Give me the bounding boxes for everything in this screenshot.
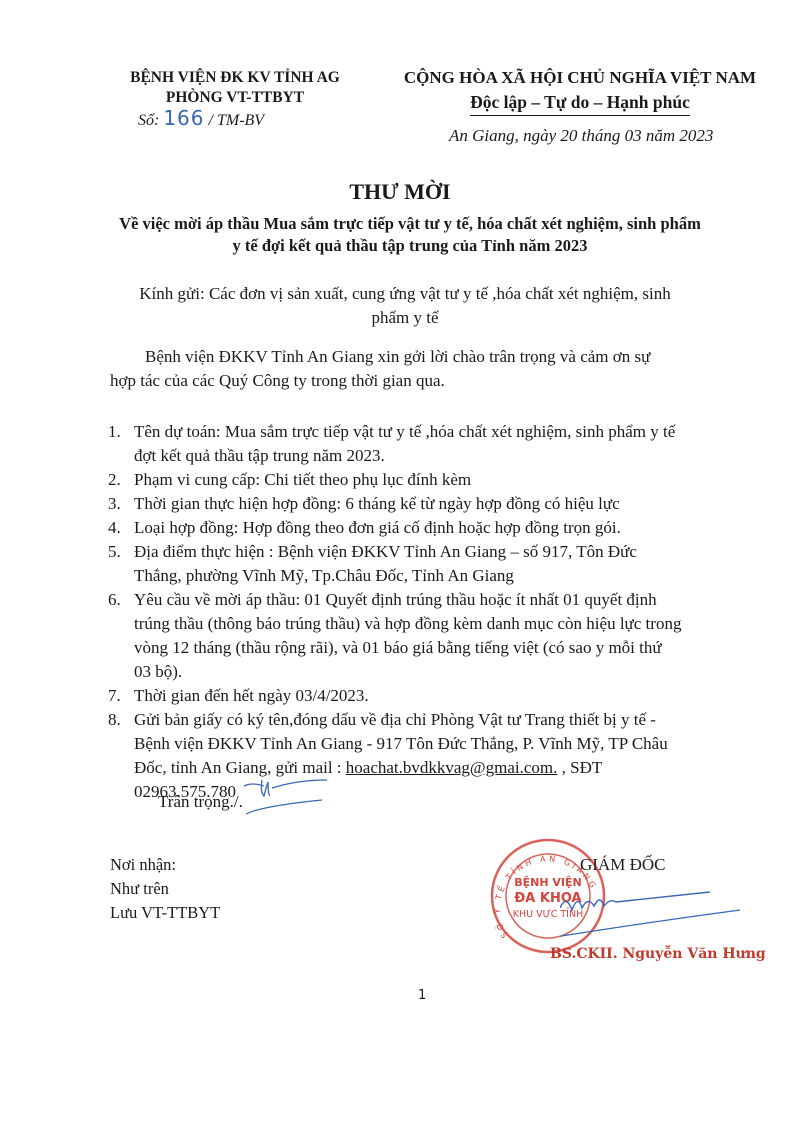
list-item-number: 4. (108, 516, 121, 540)
addressee-line: phẩm y tế (110, 306, 700, 330)
national-header: CỘNG HÒA XÃ HỘI CHỦ NGHĨA VIỆT NAM Độc l… (385, 66, 775, 116)
distribution-list: Nơi nhận: Như trên Lưu VT-TTBYT (110, 853, 220, 925)
nation-name: CỘNG HÒA XÃ HỘI CHỦ NGHĨA VIỆT NAM (385, 66, 775, 90)
list-item-text: Gửi bản giấy có ký tên,đóng dấu về địa c… (134, 708, 748, 732)
list-item-text: Loại hợp đồng: Hợp đồng theo đơn giá cố … (134, 516, 748, 540)
document-title: THƯ MỜI (0, 179, 800, 205)
list-item-number: 6. (108, 588, 121, 612)
list-item: 1.Tên dự toán: Mua sắm trực tiếp vật tư … (108, 420, 748, 468)
document-number-suffix: / TM-BV (209, 112, 265, 129)
initials-signature-icon (242, 778, 332, 818)
org-name: BỆNH VIỆN ĐK KV TỈNH AG (100, 68, 370, 88)
document-subject: Về việc mời áp thầu Mua sắm trực tiếp vậ… (60, 213, 760, 257)
addressee: Kính gửi: Các đơn vị sản xuất, cung ứng … (110, 282, 700, 330)
greeting-line: Bệnh viện ĐKKV Tỉnh An Giang xin gởi lời… (110, 345, 730, 369)
list-item: 4.Loại hợp đồng: Hợp đồng theo đơn giá c… (108, 516, 748, 540)
list-item-text: vòng 12 tháng (thầu rộng rãi), và 01 báo… (134, 636, 748, 660)
list-item-number: 3. (108, 492, 121, 516)
greeting-line: hợp tác của các Quý Công ty trong thời g… (110, 369, 730, 393)
requirements-list: 1.Tên dự toán: Mua sắm trực tiếp vật tư … (108, 420, 748, 804)
issuing-organization: BỆNH VIỆN ĐK KV TỈNH AG PHÒNG VT-TTBYT S… (100, 68, 370, 131)
phone-label: , SĐT (557, 758, 602, 777)
list-item-text: Thời gian thực hiện hợp đồng: 6 tháng kể… (134, 492, 748, 516)
list-item-number: 7. (108, 684, 121, 708)
list-item-text: Địa điểm thực hiện : Bệnh viện ĐKKV Tỉnh… (134, 540, 748, 564)
closing-remark: Trân trọng./. (158, 792, 243, 812)
department-name: PHÒNG VT-TTBYT (100, 88, 370, 108)
list-item-number: 2. (108, 468, 121, 492)
list-item-text: Phạm vi cung cấp: Chi tiết theo phụ lục … (134, 468, 748, 492)
list-item-text: Tên dự toán: Mua sắm trực tiếp vật tư y … (134, 420, 748, 444)
list-item: 8.Gửi bản giấy có ký tên,đóng dấu về địa… (108, 708, 748, 804)
list-item-text: trúng thầu (thông báo trúng thầu) và hợp… (134, 612, 748, 636)
list-item-text: Yêu cầu về mời áp thầu: 01 Quyết định tr… (134, 588, 748, 612)
distribution-label: Nơi nhận: (110, 853, 220, 877)
list-item-text: Bệnh viện ĐKKV Tỉnh An Giang - 917 Tôn Đ… (134, 732, 748, 756)
list-item: 7.Thời gian đến hết ngày 03/4/2023. (108, 684, 748, 708)
distribution-item: Lưu VT-TTBYT (110, 901, 220, 925)
subject-line: y tế đợi kết quả thầu tập trung của Tỉnh… (60, 235, 760, 257)
greeting-paragraph: Bệnh viện ĐKKV Tỉnh An Giang xin gởi lời… (110, 345, 730, 393)
document-number: Số: 166 / TM-BV (100, 108, 370, 131)
subject-line: Về việc mời áp thầu Mua sắm trực tiếp vậ… (60, 213, 760, 235)
page-number: 1 (418, 988, 426, 1003)
list-item: 2.Phạm vi cung cấp: Chi tiết theo phụ lụ… (108, 468, 748, 492)
signatory-title: GIÁM ĐỐC (580, 855, 665, 875)
handwritten-number: 166 (163, 106, 204, 130)
distribution-item: Như trên (110, 877, 220, 901)
list-item: 5.Địa điểm thực hiện : Bệnh viện ĐKKV Tỉ… (108, 540, 748, 588)
addressee-line: Kính gửi: Các đơn vị sản xuất, cung ứng … (110, 282, 700, 306)
list-item-text: đợt kết quả thầu tập trung năm 2023. (134, 444, 748, 468)
list-item-text: Đốc, tỉnh An Giang, gửi mail : hoachat.b… (134, 756, 748, 780)
national-motto: Độc lập – Tự do – Hạnh phúc (470, 90, 690, 116)
document-number-label: Số: (138, 112, 159, 129)
list-item-text: Thắng, phường Vĩnh Mỹ, Tp.Châu Đốc, Tỉnh… (134, 564, 748, 588)
list-item-number: 1. (108, 420, 121, 444)
email-prefix: Đốc, tỉnh An Giang, gửi mail : (134, 758, 346, 777)
list-item-text: 03 bộ). (134, 660, 748, 684)
list-item-text: Thời gian đến hết ngày 03/4/2023. (134, 684, 748, 708)
signatory-name: BS.CKII. Nguyễn Văn Hưng (550, 946, 766, 962)
list-item-number: 8. (108, 708, 121, 732)
email-link[interactable]: hoachat.bvdkkvag@gmai.com. (346, 758, 558, 777)
list-item: 6.Yêu cầu về mời áp thầu: 01 Quyết định … (108, 588, 748, 684)
list-item-number: 5. (108, 540, 121, 564)
list-item: 3.Thời gian thực hiện hợp đồng: 6 tháng … (108, 492, 748, 516)
document-date: An Giang, ngày 20 tháng 03 năm 2023 (449, 126, 713, 146)
